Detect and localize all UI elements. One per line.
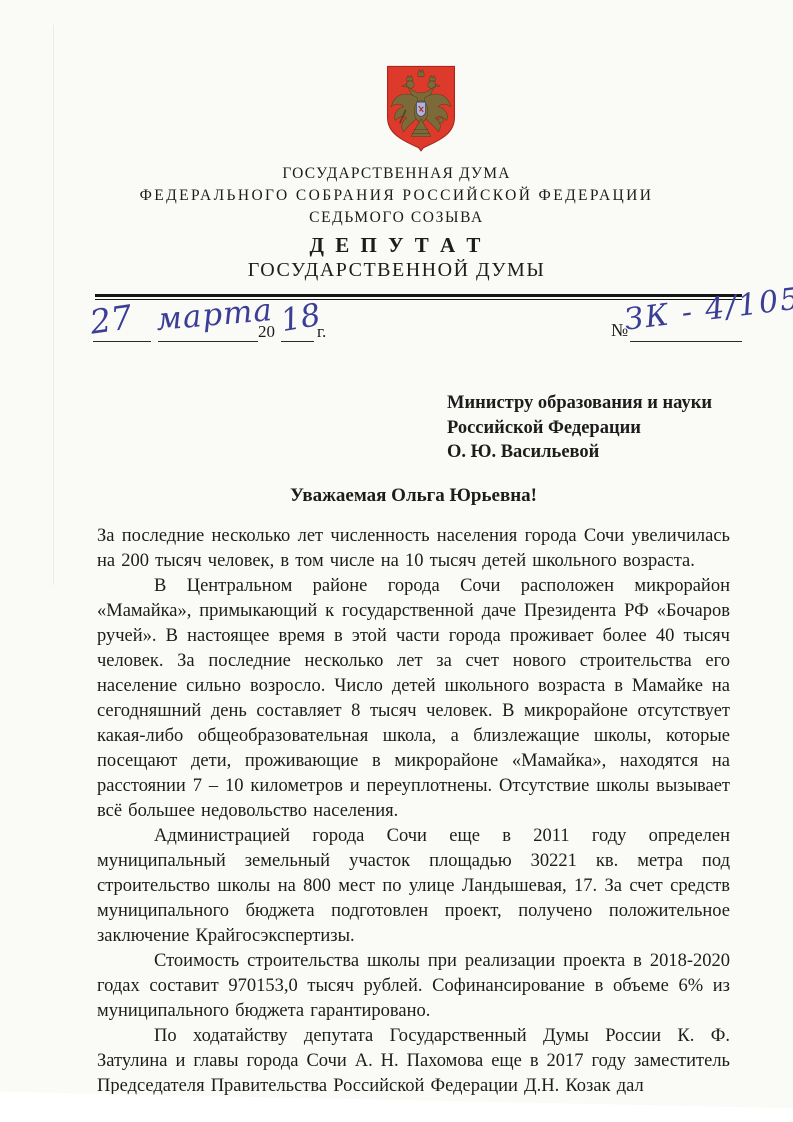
org-name-line3: СЕДЬМОГО СОЗЫВА — [0, 209, 793, 227]
org-name-line2: ФЕДЕРАЛЬНОГО СОБРАНИЯ РОССИЙСКОЙ ФЕДЕРАЦ… — [0, 187, 793, 205]
org-name-line1: ГОСУДАРСТВЕННАЯ ДУМА — [0, 165, 793, 183]
russia-coat-of-arms-icon — [383, 64, 459, 154]
date-year-underline — [281, 341, 314, 342]
body-paragraph: Администрацией города Сочи еще в 2011 го… — [97, 824, 730, 949]
doc-number-underline — [630, 341, 742, 342]
addressee-line: О. Ю. Васильевой — [447, 440, 757, 465]
letter-body: За последние несколько лет численность н… — [97, 524, 730, 1099]
date-month-underline — [158, 341, 258, 342]
body-paragraph: По ходатайству депутата Государственный … — [97, 1024, 730, 1099]
handwritten-day: 27 — [87, 297, 134, 341]
addressee-line: Российской Федерации — [447, 416, 757, 441]
scanned-letter-page: ГОСУДАРСТВЕННАЯ ДУМА ФЕДЕРАЛЬНОГО СОБРАН… — [0, 0, 793, 1122]
body-paragraph: Стоимость строительства школы при реализ… — [97, 949, 730, 1024]
handwritten-doc-number: ЗК - 4/105 — [623, 281, 793, 337]
addressee-line: Министру образования и науки — [447, 391, 757, 416]
role-title-deputy: Д Е П У Т А Т — [0, 233, 793, 258]
addressee-block: Министру образования и науки Российской … — [447, 391, 757, 465]
body-paragraph: В Центральном районе города Сочи располо… — [97, 574, 730, 824]
printed-year-prefix: 20 — [258, 322, 275, 342]
body-paragraph: За последние несколько лет численность н… — [97, 524, 730, 574]
date-day-underline — [93, 341, 151, 342]
role-title-duma: ГОСУДАРСТВЕННОЙ ДУМЫ — [0, 259, 793, 282]
printed-year-abbr: г. — [317, 322, 326, 342]
salutation: Уважаемая Ольга Юрьевна! — [97, 485, 730, 507]
paper-crease — [53, 25, 54, 585]
